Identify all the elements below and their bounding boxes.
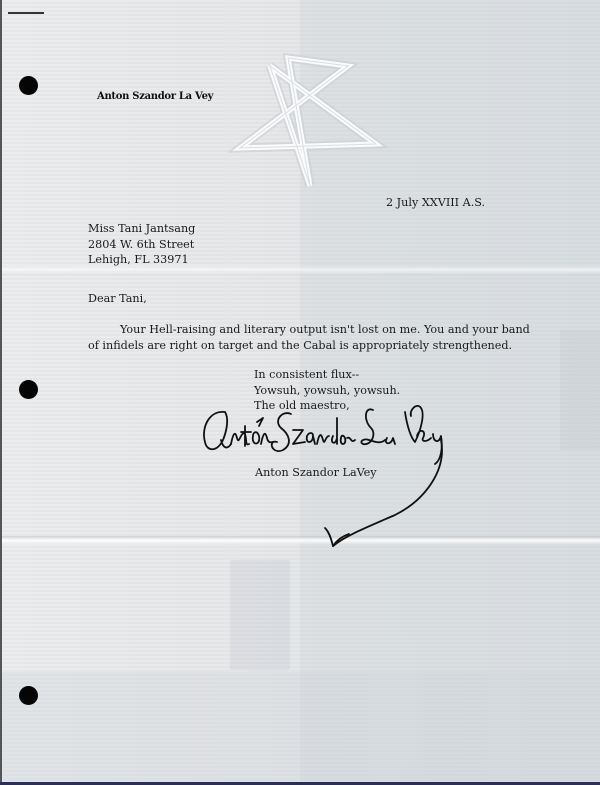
punch-hole xyxy=(19,380,38,399)
paper-bleedthrough xyxy=(560,330,600,450)
typed-signature-name: Anton Szandor LaVey xyxy=(255,465,377,481)
recipient-name: Miss Tani Jantsang xyxy=(88,221,195,237)
recipient-street: 2804 W. 6th Street xyxy=(88,237,195,253)
punch-hole xyxy=(19,686,38,705)
body-line: Your Hell-raising and literary output is… xyxy=(120,322,530,338)
page-edge xyxy=(0,0,2,785)
letter-date: 2 July XXVIII A.S. xyxy=(386,195,485,211)
inverted-pentagram-emboss-icon xyxy=(228,48,388,198)
closing-line: In consistent flux-- xyxy=(254,367,400,383)
recipient-address: Miss Tani Jantsang 2804 W. 6th Street Le… xyxy=(88,221,195,268)
paper-bleedthrough xyxy=(230,560,290,670)
letter-page: Anton Szandor La Vey 2 July XXVIII A.S. … xyxy=(0,0,600,785)
recipient-city: Lehigh, FL 33971 xyxy=(88,252,195,268)
letterhead-name: Anton Szandor La Vey xyxy=(97,91,213,102)
punch-hole xyxy=(19,76,38,95)
greeting: Dear Tani, xyxy=(88,291,147,307)
paper-shading xyxy=(0,672,600,785)
scan-mark xyxy=(8,12,44,14)
closing-line: Yowsuh, yowsuh, yowsuh. xyxy=(254,383,400,399)
body-line: of infidels are right on target and the … xyxy=(88,338,512,354)
